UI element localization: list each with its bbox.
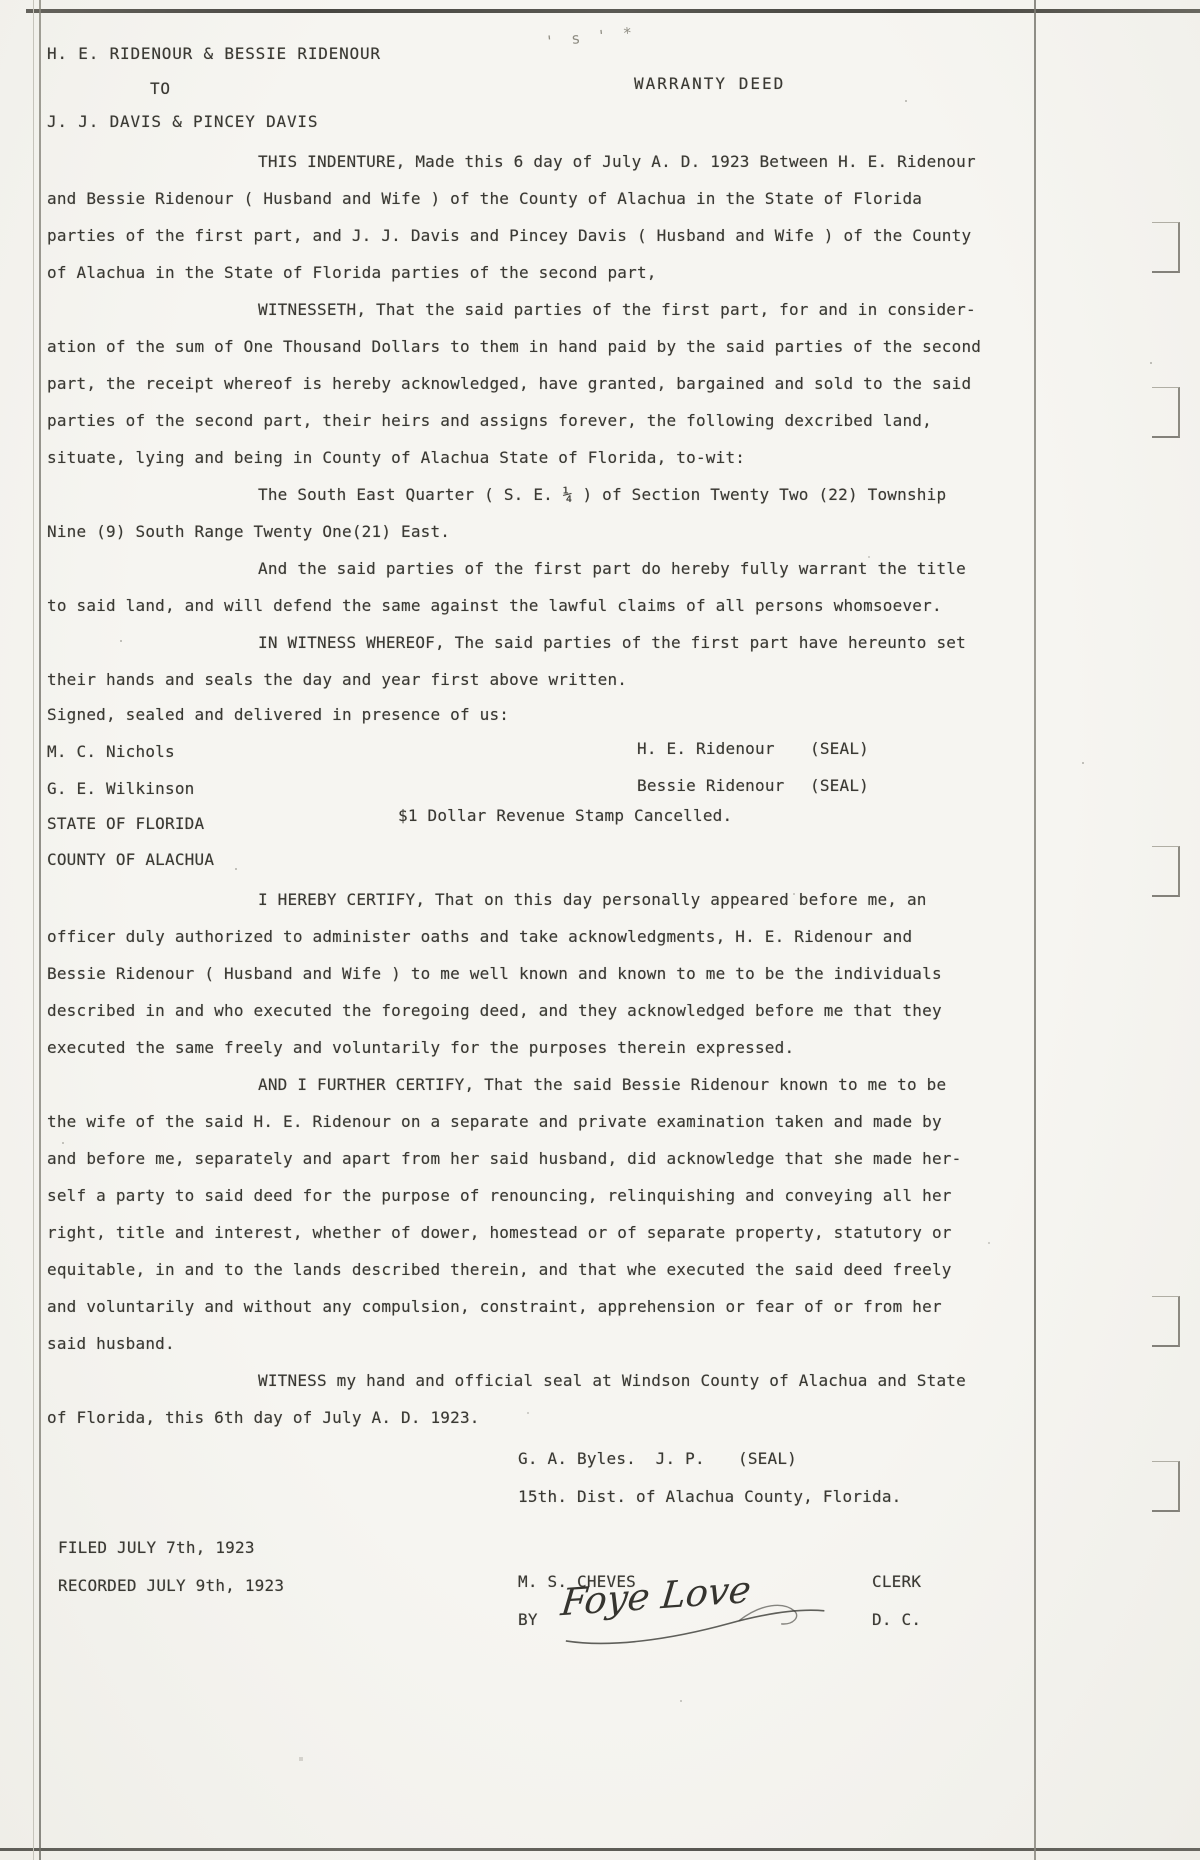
body-line: ation of the sum of One Thousand Dollars…	[47, 337, 981, 356]
body-line: IN WITNESS WHEREOF, The said parties of …	[258, 633, 966, 652]
body-line: parties of the first part, and J. J. Dav…	[47, 226, 971, 245]
body-line: Bessie Ridenour ( Husband and Wife ) to …	[47, 964, 942, 983]
by-label: BY	[518, 1610, 538, 1629]
registration-mark	[1152, 222, 1180, 273]
deed-type-title: WARRANTY DEED	[634, 74, 785, 93]
body-line: AND I FURTHER CERTIFY, That the said Bes…	[258, 1075, 946, 1094]
deed-page: ' s ' * H. E. RIDENOUR & BESSIE RIDENOUR…	[0, 0, 1200, 1860]
body-line: executed the same freely and voluntarily…	[47, 1038, 794, 1057]
to-label: TO	[150, 79, 171, 98]
registration-mark	[1152, 1461, 1180, 1512]
page-rule-right	[1034, 0, 1036, 1860]
registration-mark	[1152, 846, 1180, 897]
county-label: COUNTY OF ALACHUA	[47, 850, 214, 869]
body-line: situate, lying and being in County of Al…	[47, 448, 745, 467]
registration-mark	[1152, 1296, 1180, 1347]
body-line: Signed, sealed and delivered in presence…	[47, 705, 509, 724]
scan-edge-top	[26, 9, 1200, 13]
state-label: STATE OF FLORIDA	[47, 814, 204, 833]
body-line: the wife of the said H. E. Ridenour on a…	[47, 1112, 942, 1131]
body-line: to said land, and will defend the same a…	[47, 596, 942, 615]
witness-name: M. C. Nichols	[47, 742, 175, 761]
filed-date-line: FILED JULY 7th, 1923	[58, 1538, 255, 1557]
body-line: And the said parties of the first part d…	[258, 559, 966, 578]
body-line: parties of the second part, their heirs …	[47, 411, 932, 430]
seal-label: (SEAL)	[810, 776, 869, 795]
body-line: their hands and seals the day and year f…	[47, 670, 627, 689]
body-line: described in and who executed the forego…	[47, 1001, 942, 1020]
recorded-date-line: RECORDED JULY 9th, 1923	[58, 1576, 284, 1595]
pencil-mark: ' s ' *	[544, 23, 637, 50]
body-line: officer duly authorized to administer oa…	[47, 927, 912, 946]
body-line: THIS INDENTURE, Made this 6 day of July …	[258, 152, 976, 171]
body-line: right, title and interest, whether of do…	[47, 1223, 952, 1242]
body-line: I HEREBY CERTIFY, That on this day perso…	[258, 890, 927, 909]
body-line: and before me, separately and apart from…	[47, 1149, 961, 1168]
revenue-stamp-note: $1 Dollar Revenue Stamp Cancelled.	[398, 806, 732, 825]
body-line: self a party to said deed for the purpos…	[47, 1186, 952, 1205]
grantor-signature-name: Bessie Ridenour	[637, 776, 785, 795]
grantees-line: J. J. DAVIS & PINCEY DAVIS	[47, 112, 318, 131]
scan-edge-bottom	[0, 1848, 1200, 1851]
deputy-clerk-title: D. C.	[872, 1610, 921, 1629]
grantor-signature-name: H. E. Ridenour	[637, 739, 775, 758]
officer-signature-name: G. A. Byles. J. P.	[518, 1449, 705, 1468]
legal-description-line: Nine (9) South Range Twenty One(21) East…	[47, 522, 450, 541]
body-line: said husband.	[47, 1334, 175, 1353]
body-line: WITNESS my hand and official seal at Win…	[258, 1371, 966, 1390]
body-line: of Alachua in the State of Florida parti…	[47, 263, 657, 282]
clerk-title: CLERK	[872, 1572, 921, 1591]
body-line: WITNESSETH, That the said parties of the…	[258, 300, 976, 319]
seal-label: (SEAL)	[738, 1449, 797, 1468]
body-line: and voluntarily and without any compulsi…	[47, 1297, 942, 1316]
grantors-line: H. E. RIDENOUR & BESSIE RIDENOUR	[47, 44, 381, 63]
scan-specks	[0, 0, 2, 2]
body-line: and Bessie Ridenour ( Husband and Wife )…	[47, 189, 922, 208]
body-line: part, the receipt whereof is hereby ackn…	[47, 374, 971, 393]
registration-mark	[1152, 387, 1180, 438]
witness-name: G. E. Wilkinson	[47, 779, 195, 798]
page-rule-left-faint	[33, 0, 34, 1860]
officer-district-line: 15th. Dist. of Alachua County, Florida.	[518, 1487, 901, 1506]
page-rule-left	[39, 0, 41, 1860]
seal-label: (SEAL)	[810, 739, 869, 758]
legal-description-line: The South East Quarter ( S. E. ¼ ) of Se…	[258, 485, 946, 504]
body-line: of Florida, this 6th day of July A. D. 1…	[47, 1408, 480, 1427]
body-line: equitable, in and to the lands described…	[47, 1260, 952, 1279]
